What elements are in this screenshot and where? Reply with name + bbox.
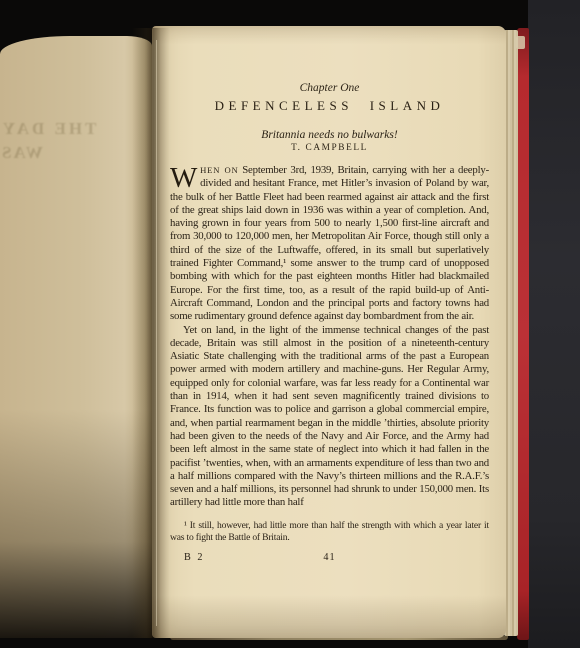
showthrough-text: THE DAY WAS bbox=[0, 120, 150, 162]
paragraph-2: Yet on land, in the light of the immense… bbox=[170, 324, 489, 510]
book-cover-edge bbox=[517, 28, 529, 640]
paragraph-1: WHEN ON September 3rd, 1939, Britain, ca… bbox=[170, 164, 489, 324]
footnote: ¹ It still, however, had little more tha… bbox=[170, 520, 489, 545]
right-page: Chapter One DEFENCELESS ISLAND Britannia… bbox=[152, 26, 506, 638]
chapter-label: Chapter One bbox=[170, 82, 489, 94]
showthrough-line: THE DAY bbox=[0, 120, 150, 139]
epigraph-attribution: T. CAMPBELL bbox=[170, 143, 489, 153]
paragraph-1-text: September 3rd, 1939, Britain, carrying w… bbox=[170, 164, 489, 322]
page-number: 41 bbox=[323, 552, 335, 563]
left-page: THE DAY WAS bbox=[0, 36, 152, 638]
epigraph-quote: Britannia needs no bulwarks! bbox=[170, 129, 489, 141]
chapter-title: DEFENCELESS ISLAND bbox=[170, 98, 489, 114]
showthrough-line: WAS bbox=[0, 144, 150, 163]
book-photo: THE DAY WAS Chapter One DEFENCELESS ISLA… bbox=[0, 0, 580, 648]
page-fore-edge bbox=[504, 30, 518, 636]
signature-mark: B 2 bbox=[184, 552, 204, 563]
drop-cap: W bbox=[170, 164, 200, 190]
cover-corner-wear bbox=[516, 36, 525, 49]
background-wall bbox=[528, 0, 580, 648]
epigraph: Britannia needs no bulwarks! T. CAMPBELL bbox=[170, 129, 489, 153]
page-footer: B 2 41 bbox=[170, 552, 489, 563]
paragraph-1-lead: HEN ON bbox=[200, 165, 238, 175]
